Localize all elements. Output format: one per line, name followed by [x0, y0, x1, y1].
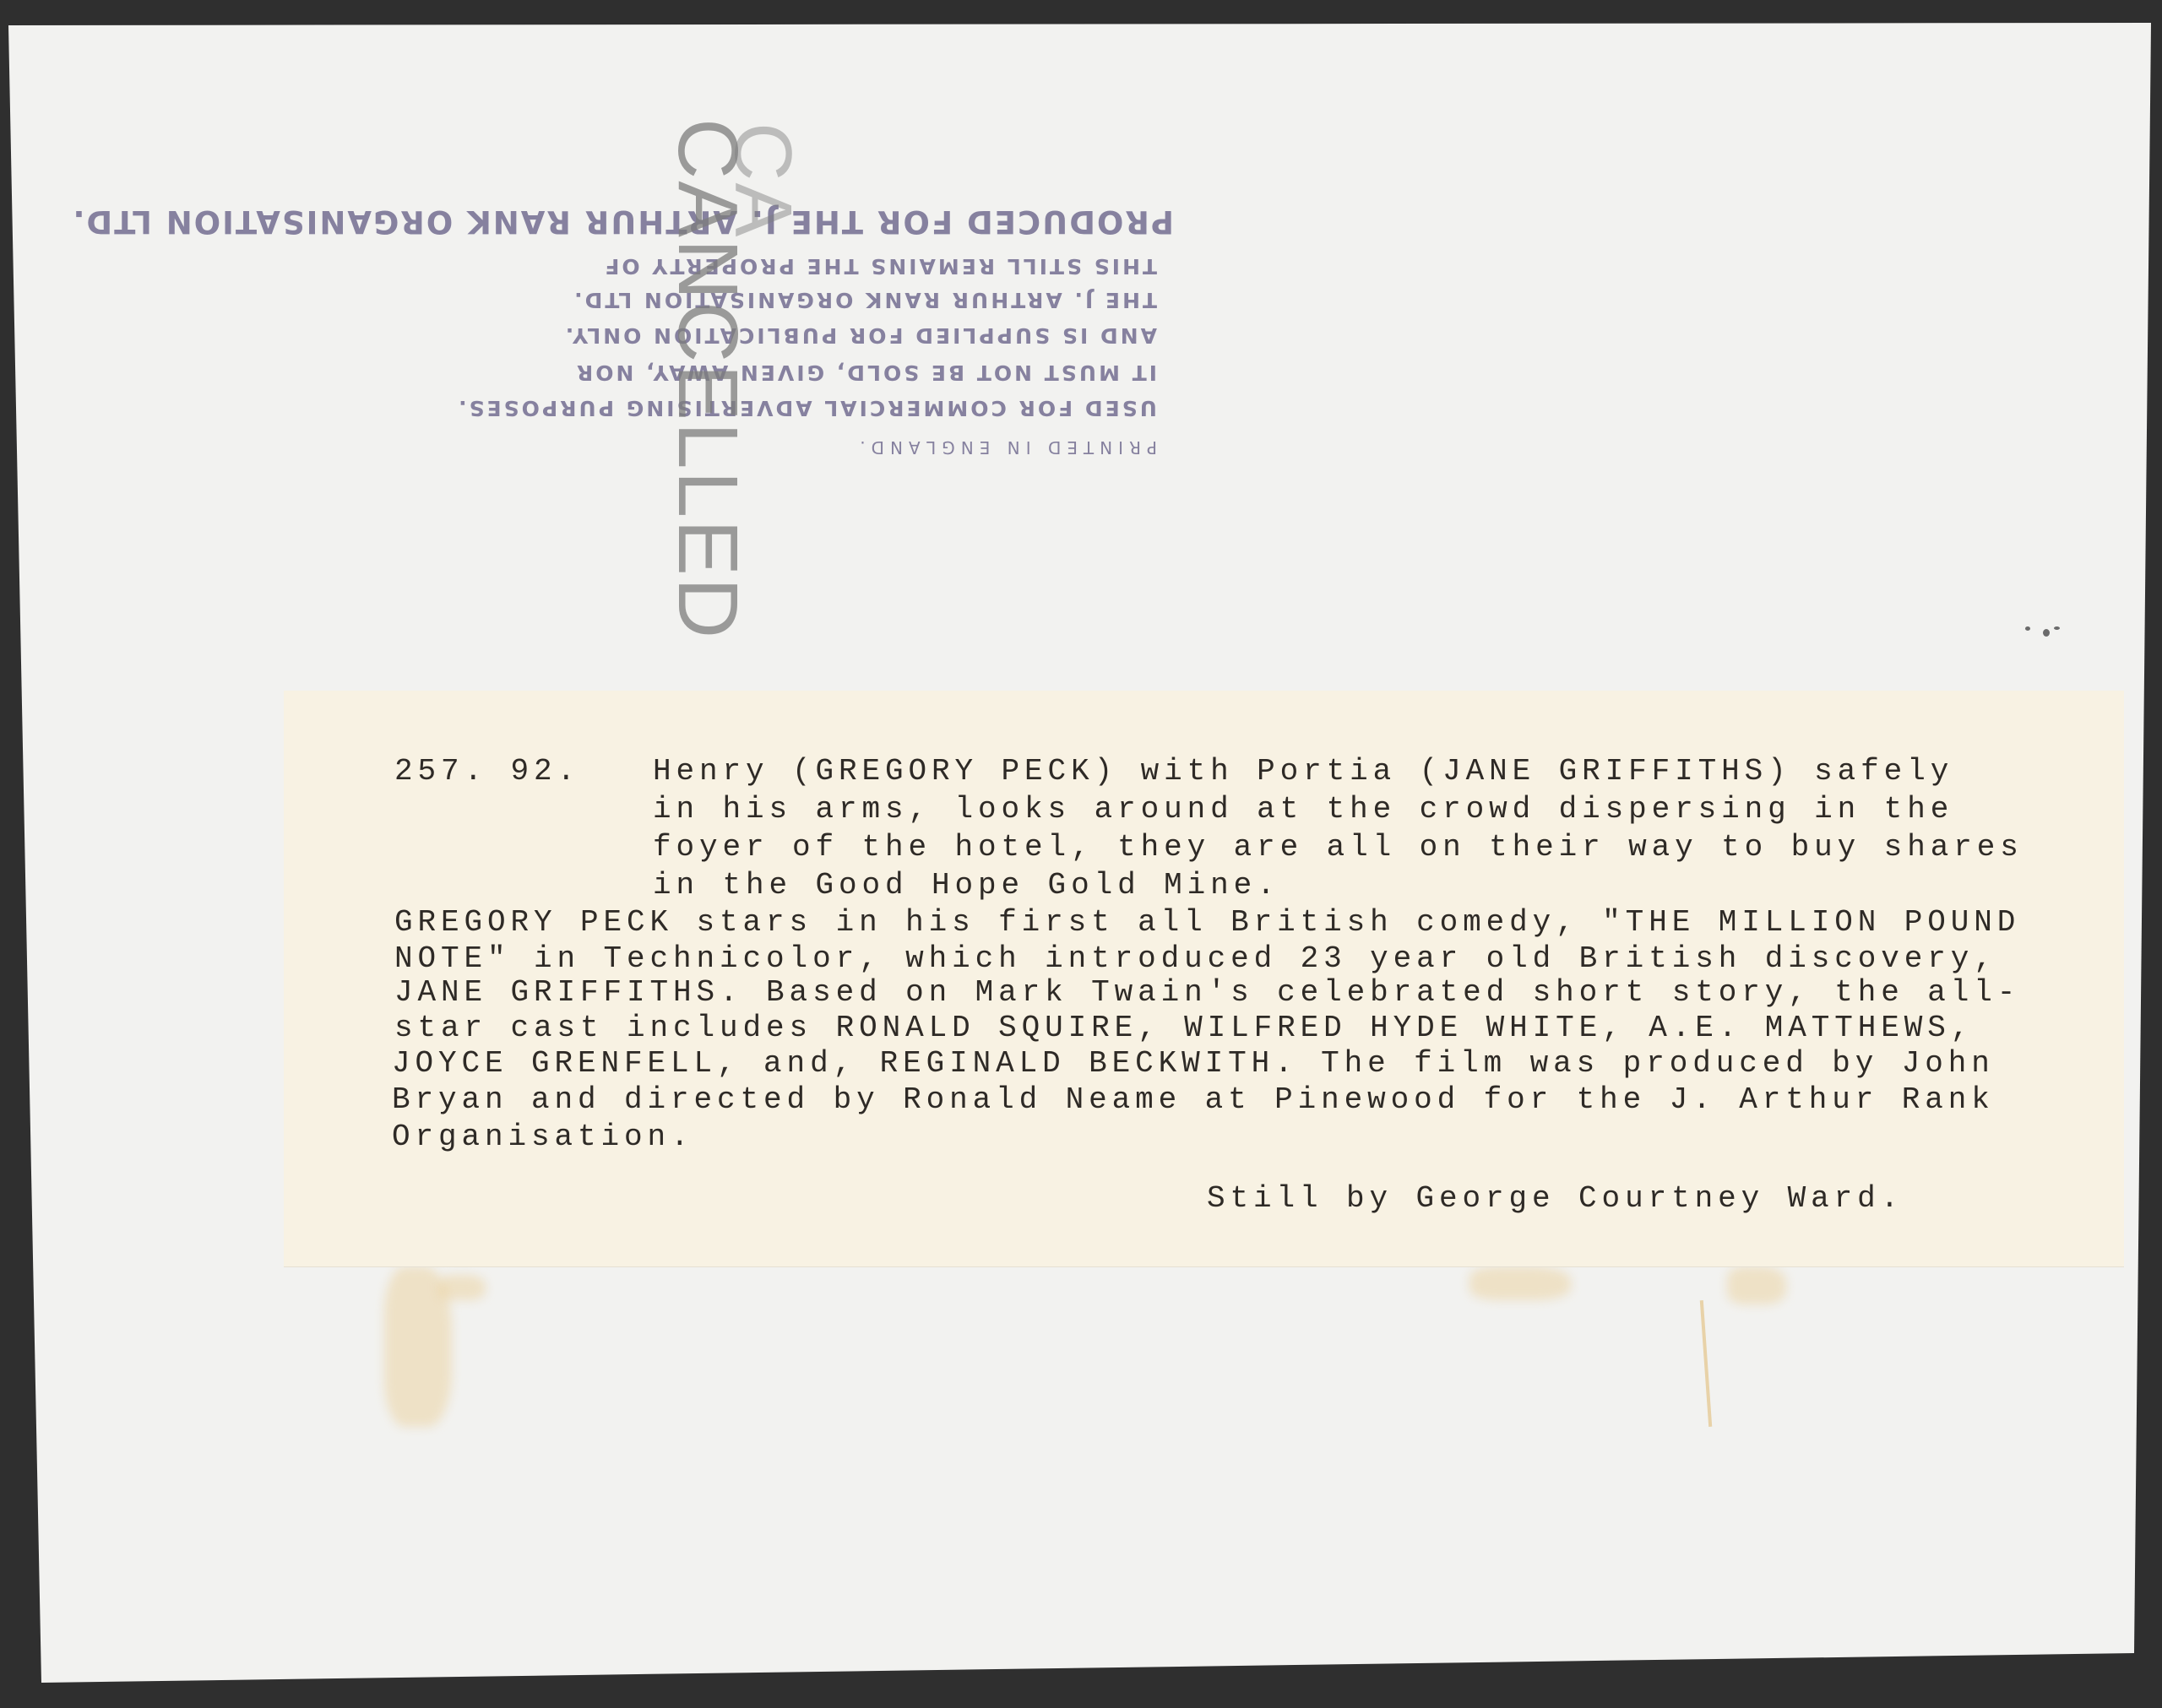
body-line-4: star cast includes RONALD SQUIRE, WILFRE… — [394, 1013, 1974, 1044]
tape-stain-right-2 — [1727, 1266, 1786, 1304]
scene-line-3: foyer of the hotel, they are all on thei… — [653, 832, 2023, 863]
stamp-line-used: USED FOR COMMERCIAL ADVERTISING PURPOSES… — [456, 396, 1157, 420]
stamp-line-printed: PRINTED IN ENGLAND. — [854, 437, 1157, 458]
scene-line-4: in the Good Hope Gold Mine. — [653, 870, 1280, 901]
stamp-line-supplied: AND IS SUPPLIED FOR PUBLICATION ONLY. — [563, 323, 1157, 348]
still-number: 257. 92. — [394, 756, 580, 787]
body-line-7: Organisation. — [392, 1122, 694, 1152]
stamp-line-produced: PRODUCED FOR THE J. ARTHUR RANK ORGANISA… — [71, 203, 1174, 240]
cancelled-stamp-ghost: CA — [716, 122, 809, 238]
speck — [2054, 626, 2060, 630]
tape-stain-right — [1469, 1266, 1571, 1300]
body-line-6: Bryan and directed by Ronald Neame at Pi… — [392, 1085, 1995, 1115]
speck — [2025, 626, 2030, 631]
scene-line-1: Henry (GREGORY PECK) with Portia (JANE G… — [653, 756, 1953, 787]
photo-credit: Still by George Courtney Ward. — [1207, 1184, 1904, 1214]
body-line-3: JANE GRIFFITHS. Based on Mark Twain's ce… — [394, 978, 2020, 1008]
tape-stain-left-small — [439, 1275, 486, 1300]
body-line-2: NOTE" in Technicolor, which introduced 2… — [394, 944, 1997, 974]
body-line-5: JOYCE GRENFELL, and, REGINALD BECKWITH. … — [392, 1049, 1995, 1079]
scene-line-2: in his arms, looks around at the crowd d… — [653, 794, 1953, 825]
body-line-1: GREGORY PECK stars in his first all Brit… — [394, 908, 2020, 938]
speck — [2043, 629, 2050, 637]
